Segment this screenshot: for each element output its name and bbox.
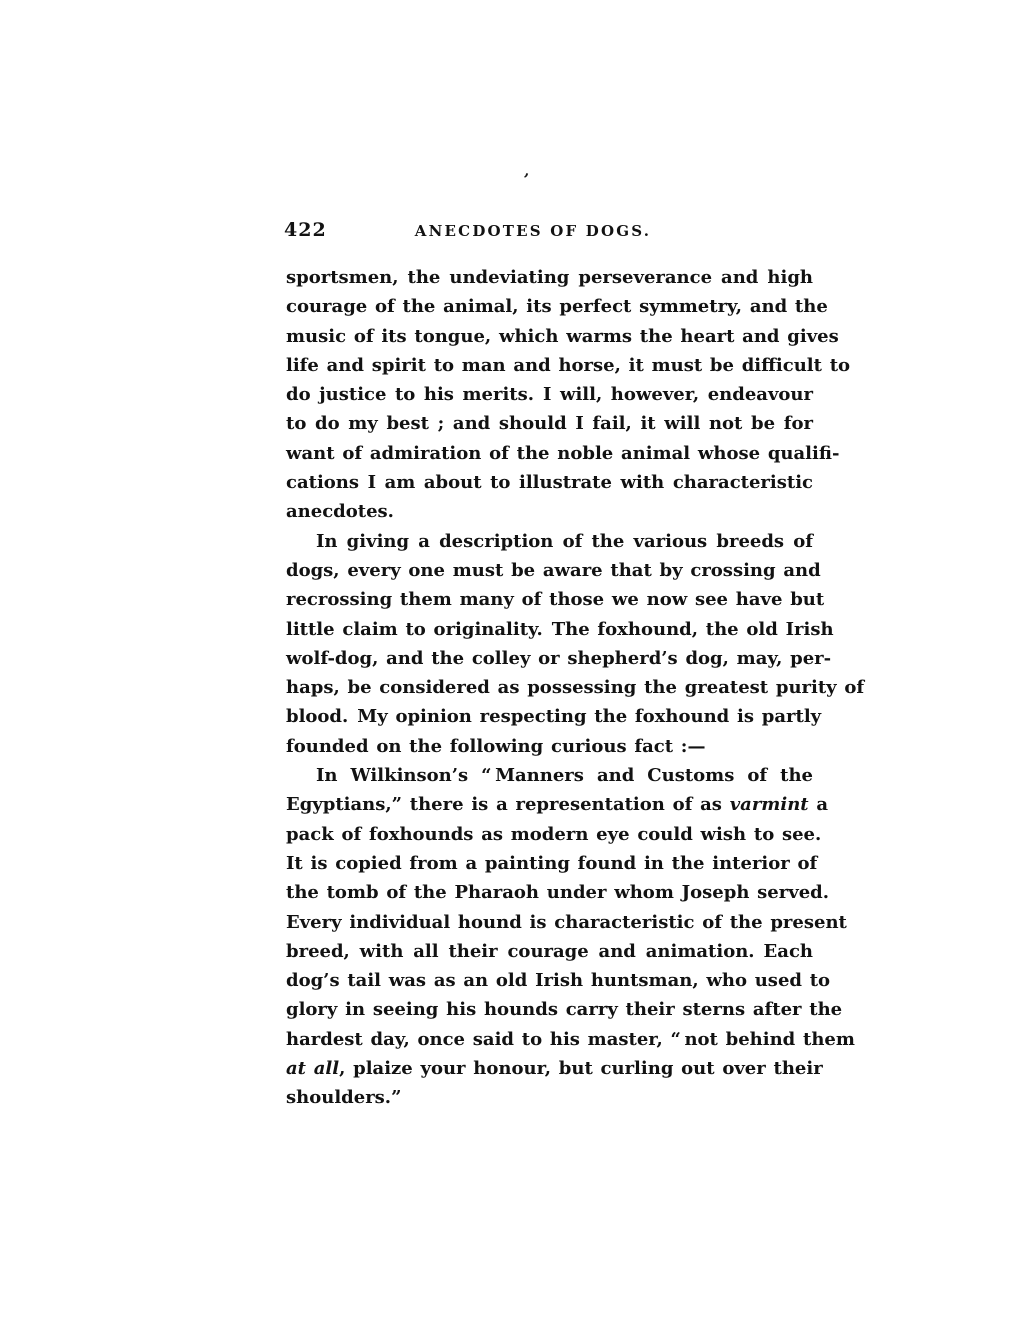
text-line: hardest day, once said to his master, “ … [286,1025,813,1054]
text-line: Egyptians,” there is a representation of… [286,790,813,819]
text-line: breed, with all their courage and animat… [286,937,813,966]
text-line: cations I am about to illustrate with ch… [286,468,813,497]
ink-speck: ’ [522,170,530,190]
text-line: wolf-dog, and the colley or shepherd’s d… [286,644,813,673]
text-line: do justice to his merits. I will, howeve… [286,380,813,409]
page-header: 422 ANECDOTES OF DOGS. [0,219,1033,243]
page-number: 422 [284,219,327,241]
text-line: at all, plaize your honour, but curling … [286,1054,813,1083]
paragraph: sportsmen, the undeviating perseverance … [286,263,813,527]
paragraph: In giving a description of the various b… [286,527,813,761]
text-line: the tomb of the Pharaoh under whom Josep… [286,878,813,907]
text-line: sportsmen, the undeviating perseverance … [286,263,813,292]
text-line: Every individual hound is characteristic… [286,908,813,937]
text-line: little claim to originality. The foxhoun… [286,615,813,644]
text-line: dogs, every one must be aware that by cr… [286,556,813,585]
book-page: ’ 422 ANECDOTES OF DOGS. sportsmen, the … [0,0,1033,1339]
text-line: recrossing them many of those we now see… [286,585,813,614]
text-line: dog’s tail was as an old Irish huntsman,… [286,966,813,995]
text-line: courage of the animal, its perfect symme… [286,292,813,321]
text-line: In Wilkinson’s “ Manners and Customs of … [286,761,813,790]
running-title: ANECDOTES OF DOGS. [415,222,651,240]
text-line: want of admiration of the noble animal w… [286,439,813,468]
text-line: glory in seeing his hounds carry their s… [286,995,813,1024]
text-line: shoulders.” [286,1083,813,1112]
text-line: blood. My opinion respecting the foxhoun… [286,702,813,731]
text-line: pack of foxhounds as modern eye could wi… [286,820,813,849]
text-line: music of its tongue, which warms the hea… [286,322,813,351]
body-text: sportsmen, the undeviating perseverance … [286,263,813,1113]
text-line: anecdotes. [286,497,813,526]
paragraph: In Wilkinson’s “ Manners and Customs of … [286,761,813,1113]
text-line: In giving a description of the various b… [286,527,813,556]
text-line: life and spirit to man and horse, it mus… [286,351,813,380]
text-line: to do my best ; and should I fail, it wi… [286,409,813,438]
text-line: founded on the following curious fact :— [286,732,813,761]
text-line: haps, be considered as possessing the gr… [286,673,813,702]
text-line: It is copied from a painting found in th… [286,849,813,878]
